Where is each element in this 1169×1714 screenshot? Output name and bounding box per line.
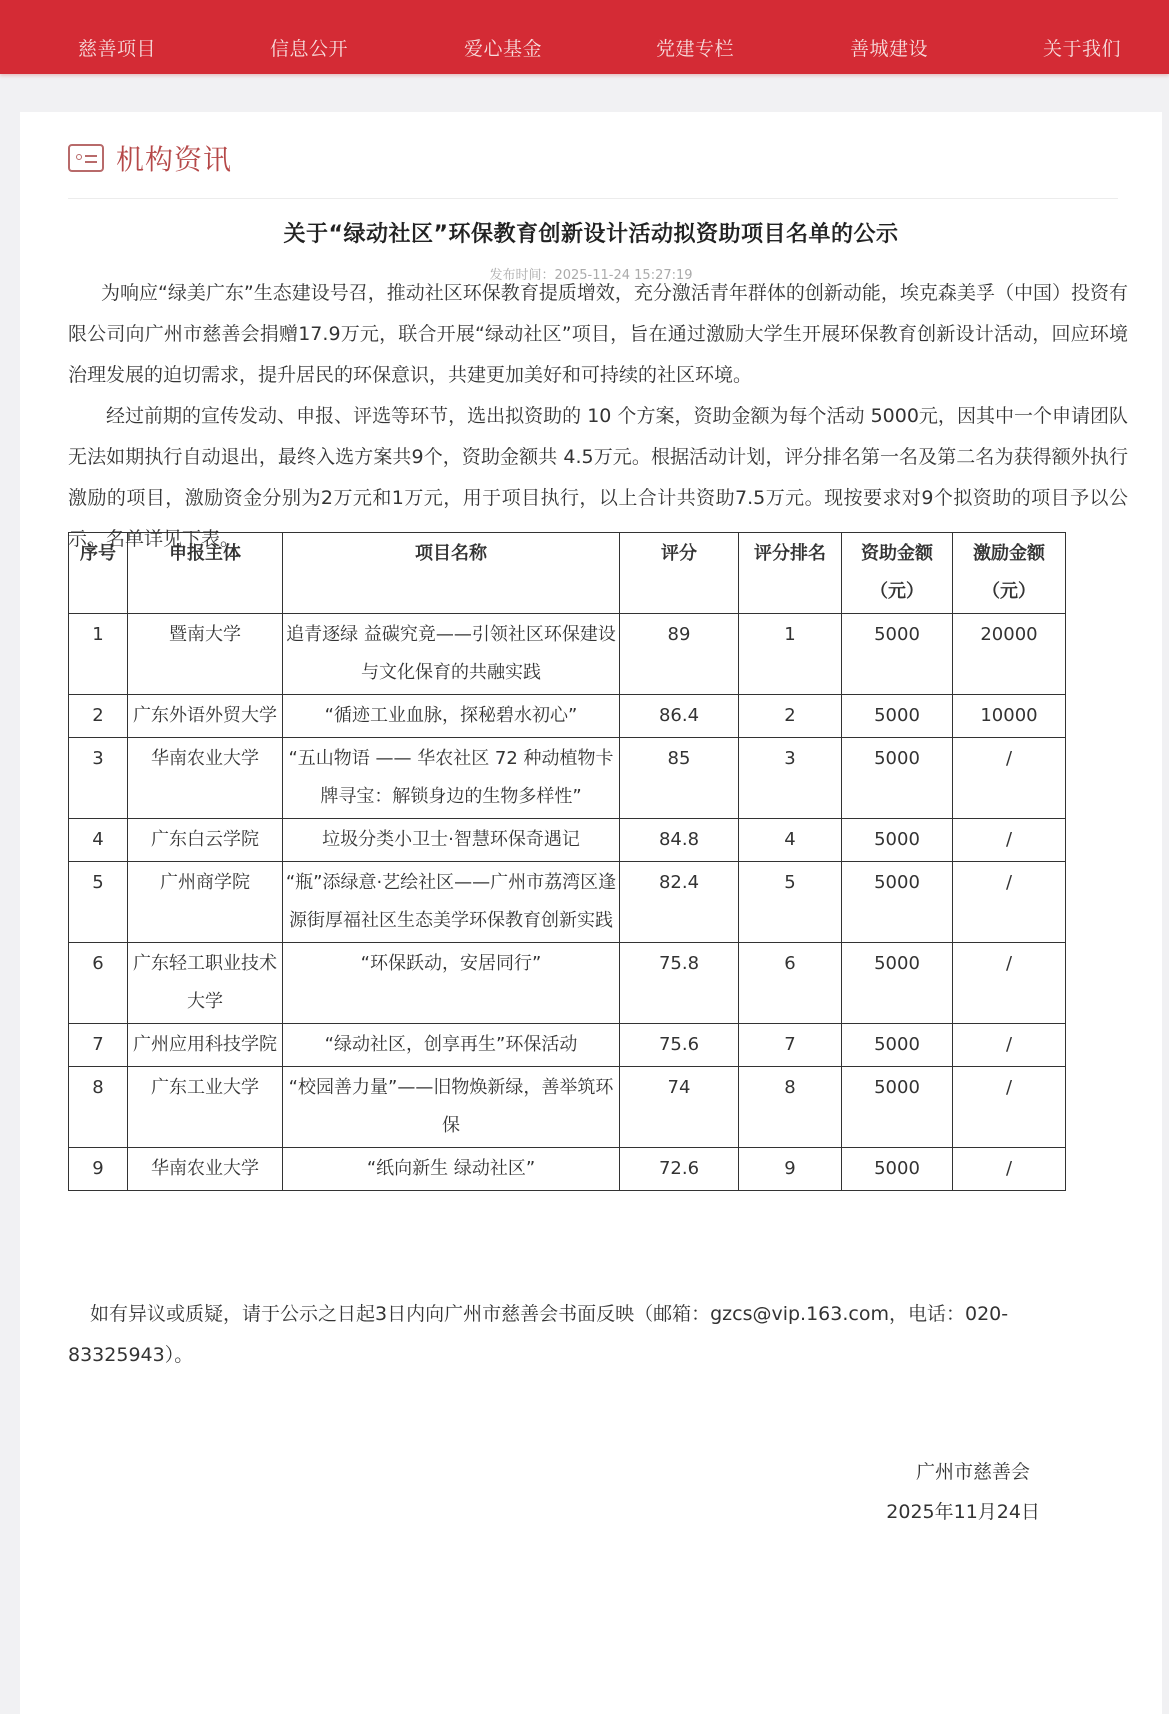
table-header-row: 序号 申报主体 项目名称 评分 评分排名 资助金额（元） 激励金额（元） — [69, 533, 1066, 614]
section-header: 机构资讯 — [68, 138, 232, 178]
cell-bonus: / — [953, 738, 1066, 819]
cell-no: 3 — [69, 738, 128, 819]
cell-org: 广东外语外贸大学 — [128, 695, 283, 738]
cell-project: “校园善力量”——旧物焕新绿，善举筑环保 — [283, 1067, 620, 1148]
cell-project: 追青逐绿 益碳究竟——引领社区环保建设与文化保育的共融实践 — [283, 614, 620, 695]
table-row: 9 华南农业大学 “纸向新生 绿动社区” 72.6 9 5000 / — [69, 1148, 1066, 1191]
cell-rank: 8 — [739, 1067, 842, 1148]
cell-score: 85 — [620, 738, 739, 819]
cell-bonus: 20000 — [953, 614, 1066, 695]
cell-score: 74 — [620, 1067, 739, 1148]
cell-funding: 5000 — [842, 1148, 953, 1191]
cell-rank: 3 — [739, 738, 842, 819]
cell-score: 86.4 — [620, 695, 739, 738]
header-no: 序号 — [69, 533, 128, 614]
cell-rank: 7 — [739, 1024, 842, 1067]
cell-bonus: / — [953, 943, 1066, 1024]
table-row: 3 华南农业大学 “五山物语 —— 华农社区 72 种动植物卡牌寻宝：解锁身边的… — [69, 738, 1066, 819]
cell-bonus: / — [953, 862, 1066, 943]
nav-item-charity-projects[interactable]: 慈善项目 — [78, 34, 156, 61]
cell-no: 4 — [69, 819, 128, 862]
cell-score: 84.8 — [620, 819, 739, 862]
nav-item-about-us[interactable]: 关于我们 — [1043, 34, 1121, 61]
section-title: 机构资讯 — [116, 138, 232, 178]
cell-funding: 5000 — [842, 1024, 953, 1067]
cell-org: 华南农业大学 — [128, 1148, 283, 1191]
table-row: 6 广东轻工职业技术大学 “环保跃动，安居同行” 75.8 6 5000 / — [69, 943, 1066, 1024]
table-row: 7 广州应用科技学院 “绿动社区，创享再生”环保活动 75.6 7 5000 / — [69, 1024, 1066, 1067]
header-org: 申报主体 — [128, 533, 283, 614]
cell-project: “瓶”添绿意·艺绘社区——广州市荔湾区逢源街厚福社区生态美学环保教育创新实践 — [283, 862, 620, 943]
cell-project: “五山物语 —— 华农社区 72 种动植物卡牌寻宝：解锁身边的生物多样性” — [283, 738, 620, 819]
cell-no: 1 — [69, 614, 128, 695]
header-score: 评分 — [620, 533, 739, 614]
cell-org: 华南农业大学 — [128, 738, 283, 819]
cell-project: “循迹工业血脉，探秘碧水初心” — [283, 695, 620, 738]
signature-date: 2025年11月24日 — [886, 1497, 1040, 1524]
cell-funding: 5000 — [842, 819, 953, 862]
cell-score: 72.6 — [620, 1148, 739, 1191]
cell-funding: 5000 — [842, 1067, 953, 1148]
cell-org: 广东白云学院 — [128, 819, 283, 862]
nav-item-info-disclosure[interactable]: 信息公开 — [270, 34, 348, 61]
table-row: 1 暨南大学 追青逐绿 益碳究竟——引领社区环保建设与文化保育的共融实践 89 … — [69, 614, 1066, 695]
signature-org: 广州市慈善会 — [916, 1457, 1030, 1484]
article-title: 关于“绿动社区”环保教育创新设计活动拟资助项目名单的公示 — [20, 217, 1162, 248]
cell-funding: 5000 — [842, 614, 953, 695]
cell-funding: 5000 — [842, 862, 953, 943]
cell-bonus: / — [953, 1024, 1066, 1067]
cell-project: “纸向新生 绿动社区” — [283, 1148, 620, 1191]
cell-rank: 6 — [739, 943, 842, 1024]
cell-bonus: / — [953, 1067, 1066, 1148]
cell-org: 广州应用科技学院 — [128, 1024, 283, 1067]
cell-score: 75.6 — [620, 1024, 739, 1067]
cell-no: 5 — [69, 862, 128, 943]
cell-org: 广州商学院 — [128, 862, 283, 943]
cell-org: 广东工业大学 — [128, 1067, 283, 1148]
cell-project: “绿动社区，创享再生”环保活动 — [283, 1024, 620, 1067]
table-row: 8 广东工业大学 “校园善力量”——旧物焕新绿，善举筑环保 74 8 5000 … — [69, 1067, 1066, 1148]
cell-no: 9 — [69, 1148, 128, 1191]
cell-score: 82.4 — [620, 862, 739, 943]
table-row: 4 广东白云学院 垃圾分类小卫士·智慧环保奇遇记 84.8 4 5000 / — [69, 819, 1066, 862]
table-row: 2 广东外语外贸大学 “循迹工业血脉，探秘碧水初心” 86.4 2 5000 1… — [69, 695, 1066, 738]
header-rank: 评分排名 — [739, 533, 842, 614]
cell-funding: 5000 — [842, 695, 953, 738]
cell-org: 暨南大学 — [128, 614, 283, 695]
cell-no: 7 — [69, 1024, 128, 1067]
section-divider — [68, 198, 1118, 199]
header-project: 项目名称 — [283, 533, 620, 614]
cell-rank: 2 — [739, 695, 842, 738]
news-card-icon — [68, 144, 104, 172]
cell-score: 89 — [620, 614, 739, 695]
cell-score: 75.8 — [620, 943, 739, 1024]
cell-no: 2 — [69, 695, 128, 738]
cell-org: 广东轻工职业技术大学 — [128, 943, 283, 1024]
cell-rank: 4 — [739, 819, 842, 862]
cell-bonus: / — [953, 819, 1066, 862]
cell-funding: 5000 — [842, 943, 953, 1024]
cell-bonus: / — [953, 1148, 1066, 1191]
header-bonus: 激励金额（元） — [953, 533, 1066, 614]
table-row: 5 广州商学院 “瓶”添绿意·艺绘社区——广州市荔湾区逢源街厚福社区生态美学环保… — [69, 862, 1066, 943]
cell-no: 6 — [69, 943, 128, 1024]
cell-funding: 5000 — [842, 738, 953, 819]
funding-list-table: 序号 申报主体 项目名称 评分 评分排名 资助金额（元） 激励金额（元） 1 暨… — [68, 532, 1066, 1191]
nav-item-city-construction[interactable]: 善城建设 — [850, 34, 928, 61]
header-funding: 资助金额（元） — [842, 533, 953, 614]
cell-bonus: 10000 — [953, 695, 1066, 738]
content-card: 机构资讯 关于“绿动社区”环保教育创新设计活动拟资助项目名单的公示 发布时间：2… — [20, 112, 1162, 1714]
article-paragraph-1: 为响应“绿美广东”生态建设号召，推动社区环保教育提质增效，充分激活青年群体的创新… — [68, 273, 1128, 396]
cell-no: 8 — [69, 1067, 128, 1148]
cell-rank: 9 — [739, 1148, 842, 1191]
objection-notice: 如有异议或质疑，请于公示之日起3日内向广州市慈善会书面反映（邮箱：gzcs@vi… — [68, 1294, 1128, 1376]
cell-project: “环保跃动，安居同行” — [283, 943, 620, 1024]
nav-item-party-column[interactable]: 党建专栏 — [656, 34, 734, 61]
nav-item-love-fund[interactable]: 爱心基金 — [464, 34, 542, 61]
cell-project: 垃圾分类小卫士·智慧环保奇遇记 — [283, 819, 620, 862]
top-navigation-bar: 慈善项目 信息公开 爱心基金 党建专栏 善城建设 关于我们 — [0, 0, 1169, 74]
cell-rank: 1 — [739, 614, 842, 695]
cell-rank: 5 — [739, 862, 842, 943]
